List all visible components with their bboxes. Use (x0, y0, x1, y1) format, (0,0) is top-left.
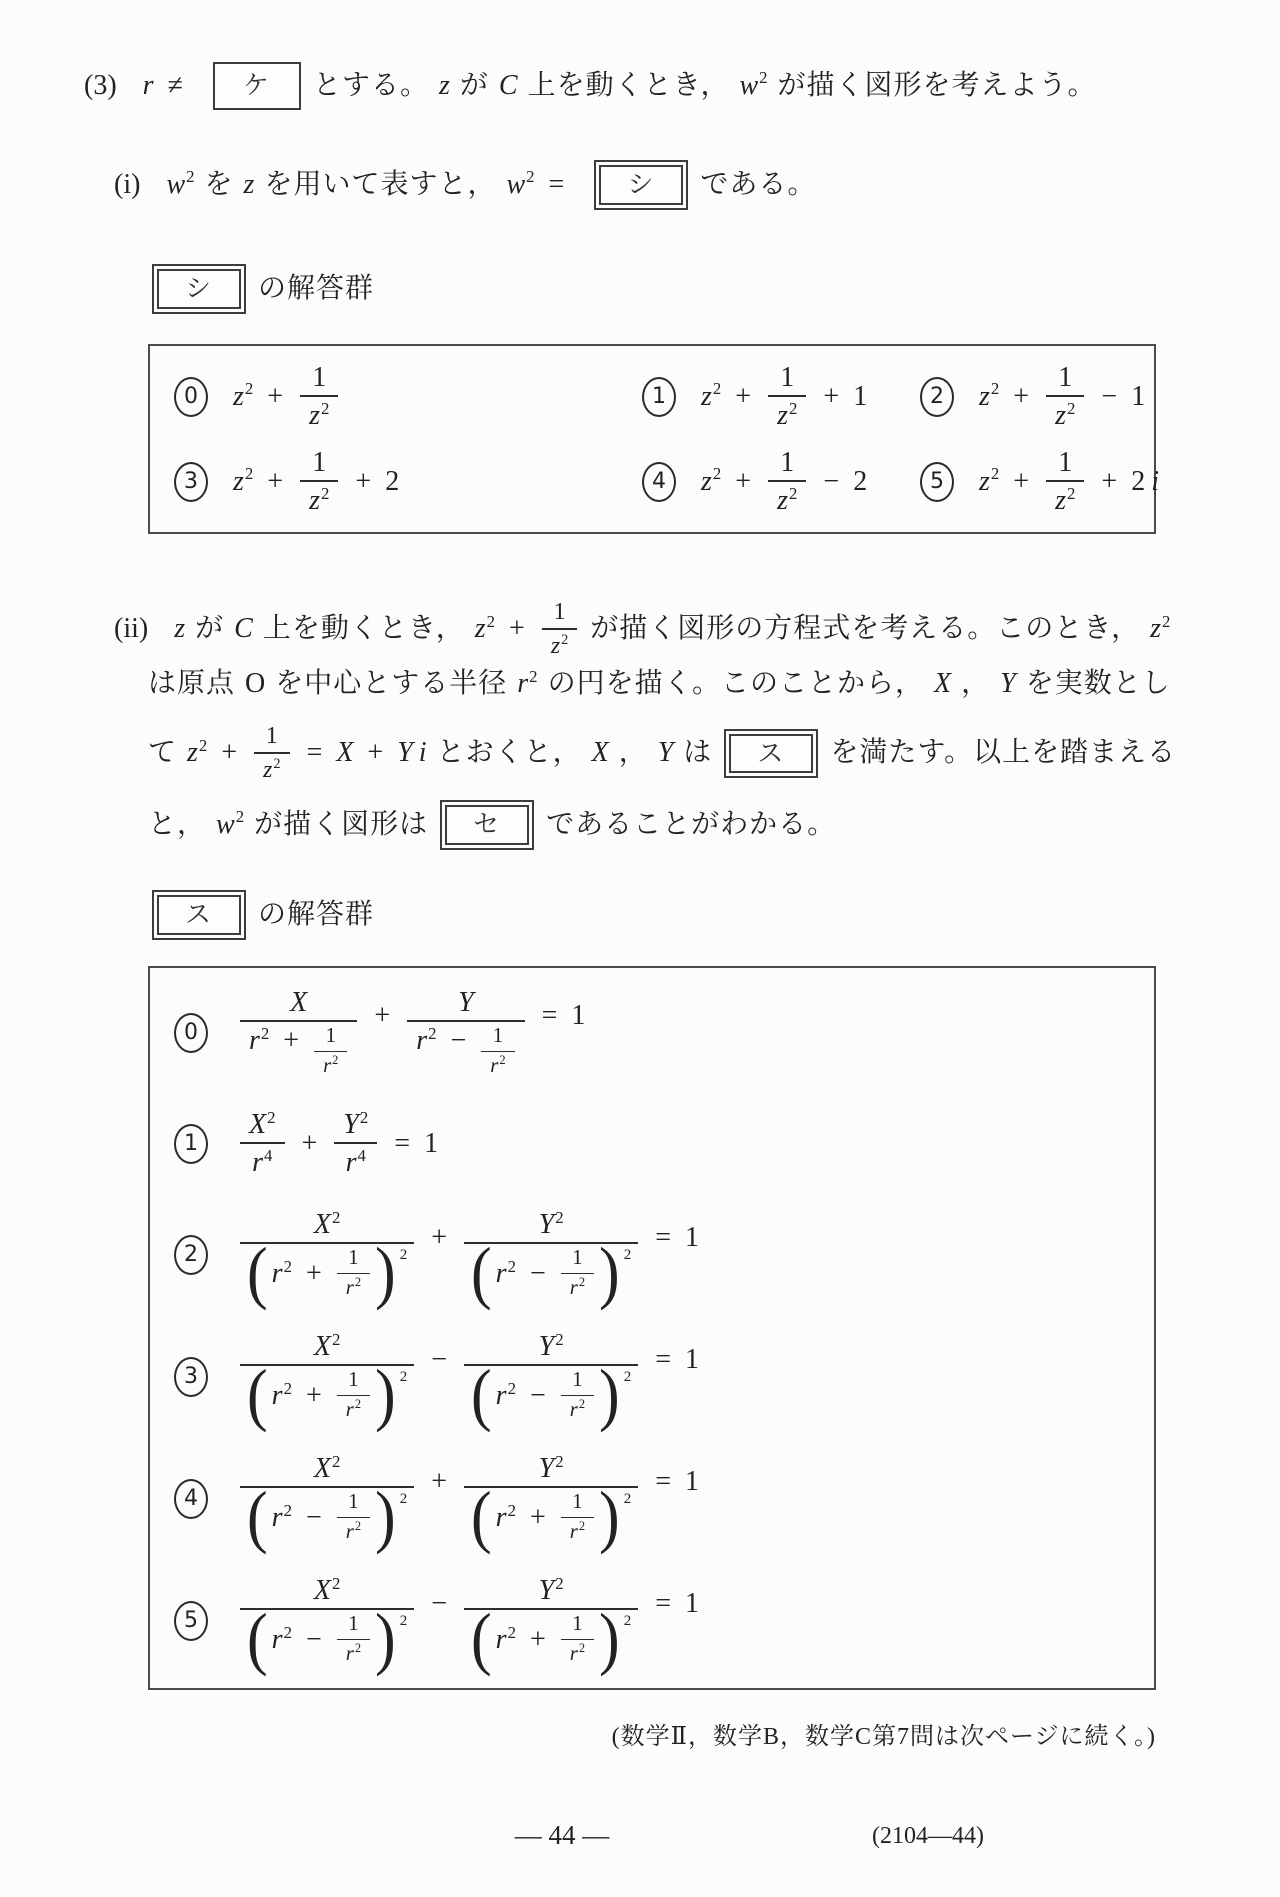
item-marker: (3) (84, 70, 117, 102)
su-option-5-formula: X2(r2−1r2)2−Y2(r2+1r2)2=1 (234, 1576, 702, 1666)
option-number-icon: 5 (174, 1601, 208, 1641)
text-run: が (195, 613, 224, 645)
document-code: (2104—44) (872, 1823, 984, 1850)
inline-math: O (242, 668, 268, 700)
shi-option-4: 4 z2+1z2−2 (642, 448, 920, 516)
su-option-2-formula: X2(r2+1r2)2+Y2(r2−1r2)2=1 (234, 1210, 702, 1300)
part-i-line: (i)w2をzを用いて表すと，w2=シである。 (114, 160, 816, 210)
su-option-5: 5 X2(r2−1r2)2−Y2(r2+1r2)2=1 (174, 1576, 1138, 1666)
text-run: ， (619, 737, 648, 769)
su-option-4-formula: X2(r2−1r2)2+Y2(r2+1r2)2=1 (234, 1454, 702, 1544)
text-run: とする。 (313, 70, 429, 102)
option-number-icon: 0 (174, 1013, 208, 1053)
option-number-icon: 2 (920, 377, 954, 417)
text-run: の解答群 (258, 273, 374, 305)
inline-math: z (436, 70, 453, 102)
answer-box: シ (152, 264, 246, 314)
inline-math: w2= (503, 169, 575, 201)
shi-option-1-formula: z2+1z2+1 (698, 363, 870, 431)
answer-box: ケ (213, 62, 301, 110)
shi-option-2-formula: z2+1z2−1 (976, 363, 1148, 431)
page-number: — 44 — (452, 1820, 672, 1851)
inline-math: r≠ (140, 70, 194, 102)
text-run: が (460, 70, 489, 102)
option-number-icon: 3 (174, 1357, 208, 1397)
su-option-4: 4 X2(r2−1r2)2+Y2(r2+1r2)2=1 (174, 1454, 1138, 1544)
text-run: である。 (700, 169, 816, 201)
option-number-icon: 3 (174, 462, 208, 502)
text-run: が描く図形の方程式を考える。このとき， (590, 613, 1140, 645)
text-run: を満たす。以上を踏まえる (830, 737, 1176, 769)
su-answer-group-label: スの解答群 (140, 890, 374, 940)
inline-math: w2 (736, 70, 770, 102)
shi-option-1: 1 z2+1z2+1 (642, 363, 920, 431)
exam-page: (3)r≠ケとする。zがC上を動くとき，w2が描く図形を考えよう。 (i)w2を… (0, 0, 1280, 1897)
shi-option-3: 3 z2+1z2+2 (174, 448, 642, 516)
inline-math: z (241, 169, 258, 201)
su-option-1-formula: X2r4+Y2r4=1 (234, 1110, 441, 1178)
text-run: 上を動くとき， (263, 613, 465, 645)
shi-answer-group-label: シの解答群 (140, 264, 374, 314)
text-run: 上を動くとき， (528, 70, 730, 102)
text-run: が描く図形を考えよう。 (778, 70, 1097, 102)
item-marker: (i) (114, 169, 140, 201)
text-run: と， (148, 809, 206, 841)
option-number-icon: 4 (174, 1479, 208, 1519)
text-run: を用いて表すと， (264, 169, 496, 201)
su-option-0-formula: Xr2+1r2+Yr2−1r2=1 (234, 988, 588, 1078)
text-run: ， (961, 668, 990, 700)
inline-math: r2 (514, 668, 540, 700)
shi-option-4-formula: z2+1z2−2 (698, 448, 870, 516)
text-run: であることがわかる。 (546, 809, 836, 841)
inline-math: z2+1z2=X+Yi (184, 724, 430, 783)
part-ii-line-4: と，w2が描く図形はセであることがわかる。 (148, 800, 836, 850)
inline-math: X (589, 737, 612, 769)
option-number-icon: 0 (174, 377, 208, 417)
text-run: を実数とし (1026, 668, 1171, 700)
inline-math: C (496, 70, 521, 102)
su-option-0: 0 Xr2+1r2+Yr2−1r2=1 (174, 988, 1138, 1078)
shi-option-3-formula: z2+1z2+2 (230, 448, 402, 516)
shi-option-0-formula: z2+1z2 (230, 363, 344, 431)
su-option-3: 3 X2(r2+1r2)2−Y2(r2−1r2)2=1 (174, 1332, 1138, 1422)
su-option-2: 2 X2(r2+1r2)2+Y2(r2−1r2)2=1 (174, 1210, 1138, 1300)
part-ii-line-2: は原点Oを中心とする半径r2の円を描く。このことから，X，Yを実数とし (148, 668, 1171, 700)
shi-option-5-formula: z2+1z2+2i (976, 448, 1162, 516)
text-run: を (205, 169, 234, 201)
inline-math: Y (997, 668, 1019, 700)
text-run: は原点 (148, 668, 235, 700)
inline-math: w2 (213, 809, 247, 841)
option-number-icon: 1 (174, 1124, 208, 1164)
text-run: の解答群 (258, 899, 374, 931)
inline-math: C (231, 613, 256, 645)
shi-options-box: 0 z2+1z2 1 z2+1z2+1 2 z2+1z2−1 3 z2+1z2+… (148, 344, 1156, 534)
part-ii-line-3: てz2+1z2=X+Yiとおくと，X，Yはスを満たす。以上を踏まえる (148, 724, 1176, 783)
item-marker: (ii) (114, 613, 148, 645)
shi-option-5: 5 z2+1z2+2i (920, 448, 1162, 516)
su-options-box: 0 Xr2+1r2+Yr2−1r2=1 1 X2r4+Y2r4=1 2 X2(r… (148, 966, 1156, 1690)
shi-option-2: 2 z2+1z2−1 (920, 363, 1162, 431)
su-option-1: 1 X2r4+Y2r4=1 (174, 1110, 1138, 1178)
text-run: の円を描く。このことから， (548, 668, 924, 700)
inline-math: z2+1z2 (472, 600, 584, 659)
option-number-icon: 1 (642, 377, 676, 417)
answer-box: ス (152, 890, 246, 940)
text-run: て (148, 737, 177, 769)
answer-box: シ (594, 160, 688, 210)
option-number-icon: 2 (174, 1235, 208, 1275)
inline-math: Y (655, 737, 677, 769)
text-run: が描く図形は (254, 809, 428, 841)
inline-math: w2 (163, 169, 197, 201)
inline-math: z2 (1147, 613, 1173, 645)
answer-box: ス (724, 729, 818, 779)
shi-option-0: 0 z2+1z2 (174, 363, 642, 431)
option-number-icon: 5 (920, 462, 954, 502)
inline-math: z (171, 613, 188, 645)
continuation-note: (数学Ⅱ，数学B，数学C第7問は次ページに続く。) (148, 1716, 1156, 1751)
text-run: とおくと， (437, 737, 582, 769)
answer-box: セ (440, 800, 534, 850)
part-ii-line-1: (ii)zがC上を動くとき，z2+1z2が描く図形の方程式を考える。このとき，z… (114, 600, 1180, 659)
inline-math: X (931, 668, 954, 700)
text-run: は (683, 737, 712, 769)
text-run: を中心とする半径 (275, 668, 507, 700)
su-option-3-formula: X2(r2+1r2)2−Y2(r2−1r2)2=1 (234, 1332, 702, 1422)
option-number-icon: 4 (642, 462, 676, 502)
problem-3-intro-line: (3)r≠ケとする。zがC上を動くとき，w2が描く図形を考えよう。 (84, 62, 1097, 110)
